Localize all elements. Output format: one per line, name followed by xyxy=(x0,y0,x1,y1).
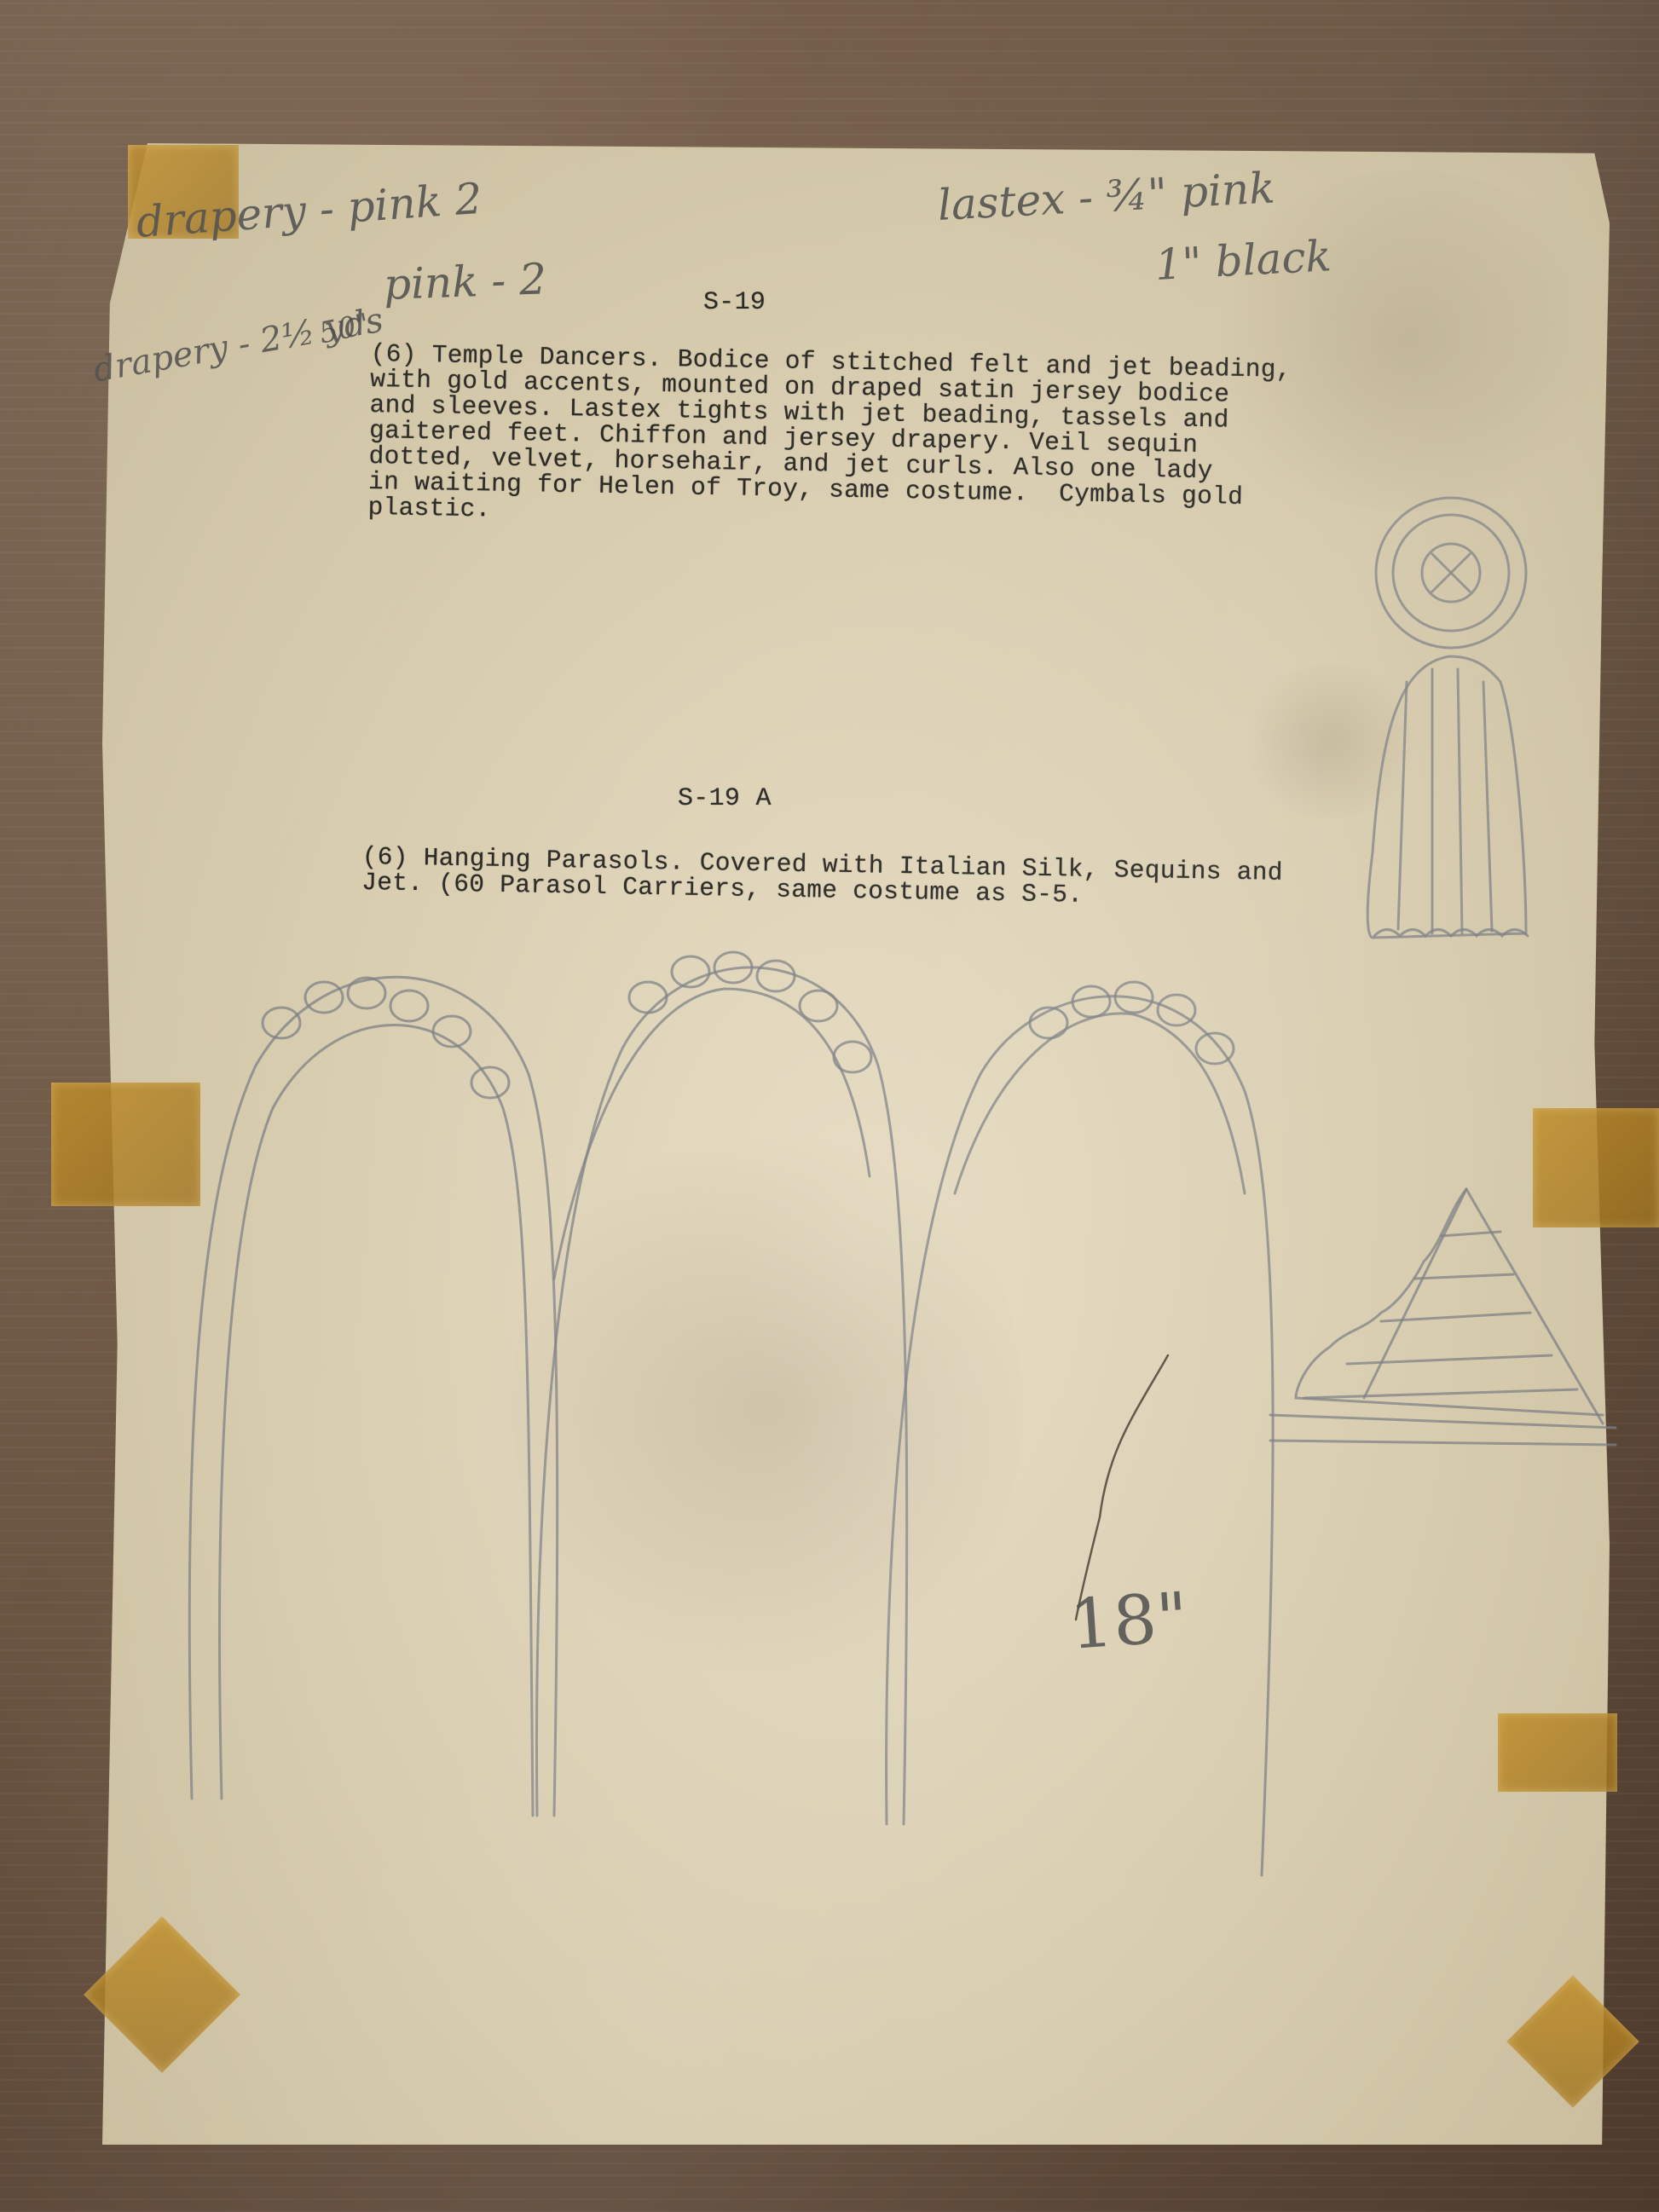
text-line: plastic. xyxy=(367,494,491,523)
section-heading-s19a: S-19 A xyxy=(678,786,772,811)
handwritten-note-black: 1" black xyxy=(1153,231,1332,290)
handwritten-note-pink: pink - 2 xyxy=(383,254,547,309)
paper-stain xyxy=(512,1108,1023,1705)
tape-right-lower xyxy=(1498,1713,1617,1792)
handwritten-note-18in: 18" xyxy=(1067,1577,1191,1664)
section-heading-s19: S-19 xyxy=(703,290,766,315)
paper-stain xyxy=(1194,170,1620,511)
tape-left-edge xyxy=(51,1083,200,1206)
tape-right-edge xyxy=(1533,1108,1659,1227)
paper-stain xyxy=(1236,665,1424,818)
